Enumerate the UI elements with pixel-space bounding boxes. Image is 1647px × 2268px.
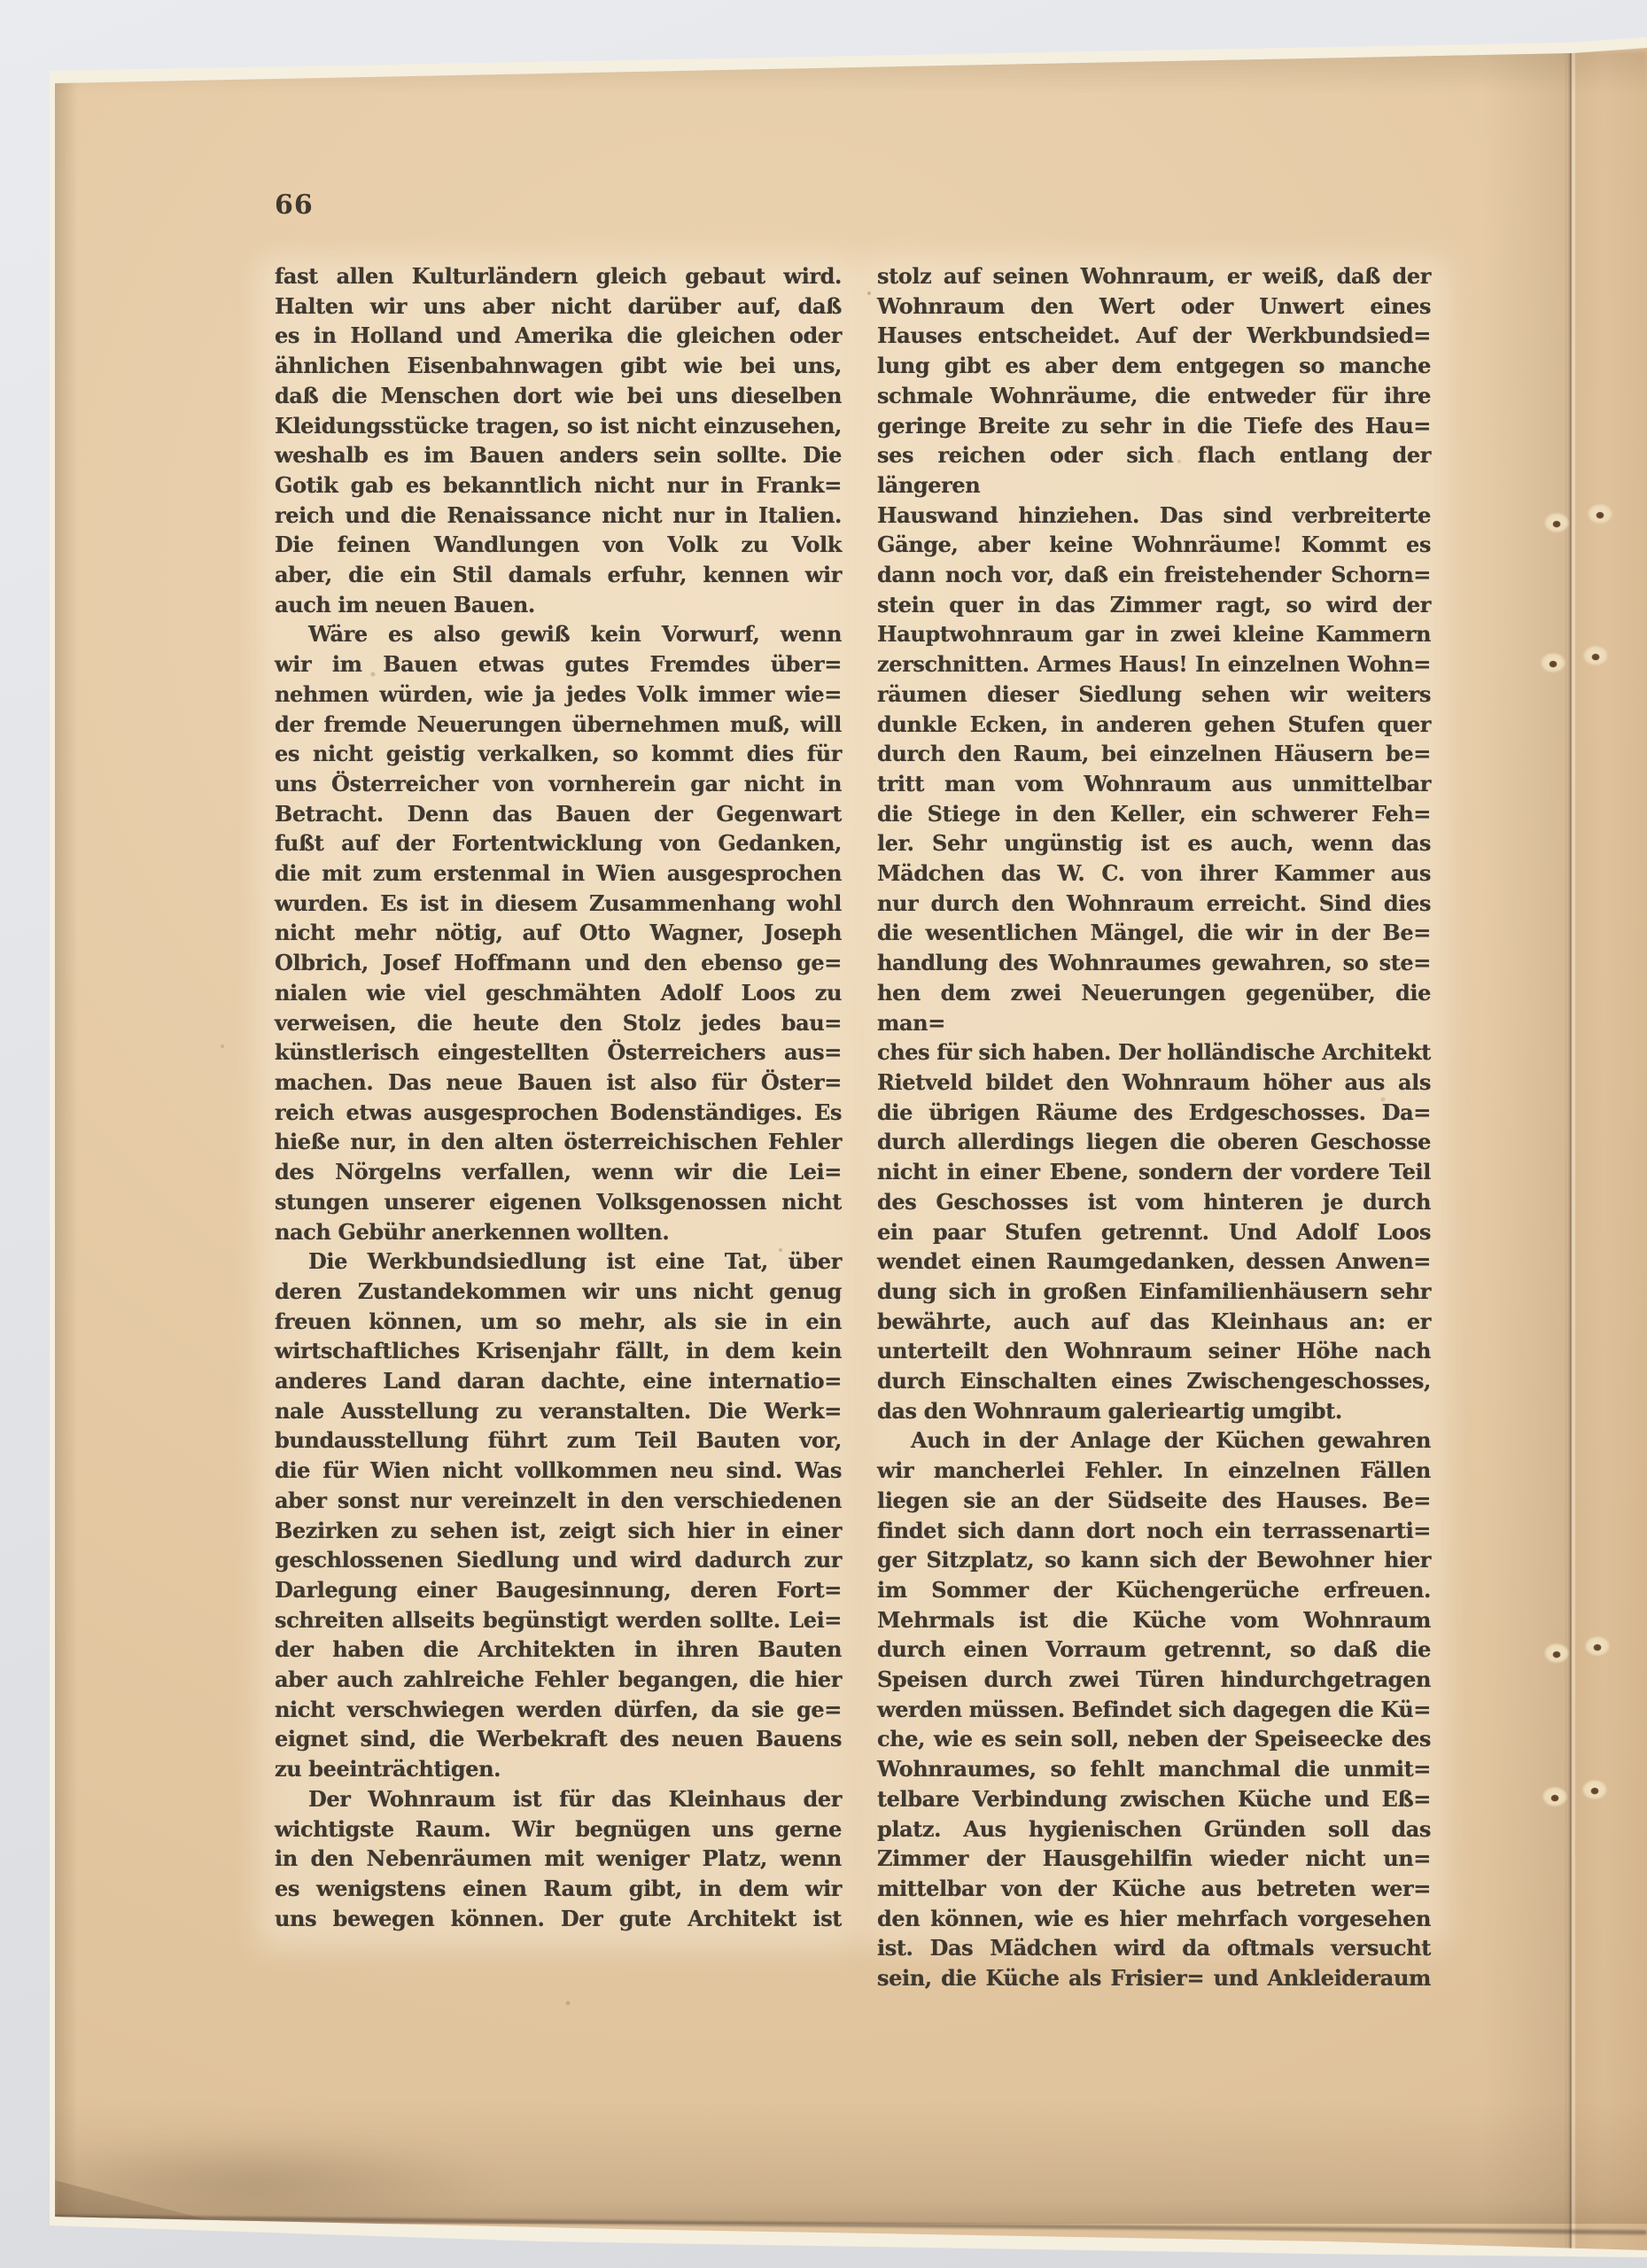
text-line: schmale Wohnräume, die entweder für ihre — [877, 381, 1431, 411]
text-line: Wäre es also gewiß kein Vorwurf, wenn — [275, 619, 842, 649]
text-line: Olbrich, Josef Hoffmann und den ebenso g… — [275, 948, 842, 978]
paragraph: Der Wohnraum ist für das Kleinhaus derwi… — [275, 1784, 842, 1934]
text-line: Mädchen das W. C. von ihrer Kammer aus — [877, 858, 1431, 889]
text-line: bewährte, auch auf das Kleinhaus an: er — [877, 1307, 1431, 1337]
adjacent-leaf-strip — [1575, 35, 1647, 2268]
text-line: che, wie es sein soll, neben der Speisee… — [877, 1724, 1431, 1754]
text-line: verweisen, die heute den Stolz jedes bau… — [275, 1008, 842, 1038]
text-line: es in Holland und Amerika die gleichen o… — [275, 321, 842, 351]
staple-hole — [1539, 1639, 1574, 1667]
text-line: dunkle Ecken, in anderen gehen Stufen qu… — [877, 710, 1431, 740]
staple-hole — [1539, 509, 1574, 537]
text-line: die Stiege in den Keller, ein schwerer F… — [877, 799, 1431, 829]
text-line: der haben die Architekten in ihren Baute… — [275, 1635, 842, 1665]
text-line: künstlerisch eingestellten Österreichers… — [275, 1037, 842, 1068]
paragraph: fast allen Kulturländern gleich gebaut w… — [275, 261, 842, 619]
text-line: nale Ausstellung zu veranstalten. Die We… — [275, 1396, 842, 1426]
page-number: 66 — [275, 190, 314, 221]
text-line: nur durch den Wohnraum erreicht. Sind di… — [877, 889, 1431, 919]
text-line: fast allen Kulturländern gleich gebaut w… — [275, 261, 842, 291]
text-line: aber auch zahlreiche Fehler begangen, di… — [275, 1665, 842, 1695]
text-line: findet sich dann dort noch ein terrassen… — [877, 1516, 1431, 1546]
staple-hole — [1535, 649, 1571, 677]
text-line: nehmen würden, wie ja jedes Volk immer w… — [275, 680, 842, 710]
text-line: hen dem zwei Neuerungen gegenüber, die m… — [877, 978, 1431, 1037]
text-line: reich etwas ausgesprochen Bodenständiges… — [275, 1098, 842, 1128]
text-line: weshalb es im Bauen anders sein sollte. … — [275, 440, 842, 470]
text-line: Hauses entscheidet. Auf der Werkbundsied… — [877, 321, 1431, 351]
text-line: sein, die Küche als Frisier= und Ankleid… — [877, 1963, 1431, 1993]
text-line: dann noch vor, daß ein freistehender Sch… — [877, 560, 1431, 590]
text-line: Rietveld bildet den Wohnraum höher aus a… — [877, 1068, 1431, 1098]
text-line: es nicht geistig verkalken, so kommt die… — [275, 739, 842, 769]
text-line: räumen dieser Siedlung sehen wir weiters — [877, 680, 1431, 710]
text-line: Die feinen Wandlungen von Volk zu Volk — [275, 530, 842, 560]
text-line: ist. Das Mädchen wird da oftmals versuch… — [877, 1933, 1431, 1963]
paragraph: stolz auf seinen Wohnraum, er weiß, daß … — [877, 261, 1431, 1425]
text-line: Kleidungsstücke tragen, so ist nicht ein… — [275, 411, 842, 441]
text-line: Zimmer der Hausgehilfin wieder nicht un= — [877, 1844, 1431, 1874]
text-line: ein paar Stufen getrennt. Und Adolf Loos — [877, 1217, 1431, 1247]
text-line: zerschnitten. Armes Haus! In einzelnen W… — [877, 649, 1431, 680]
text-line: durch einen Vorraum getrennt, so daß die — [877, 1635, 1431, 1665]
text-line: stein quer in das Zimmer ragt, so wird d… — [877, 590, 1431, 620]
text-line: eignet sind, die Werbekraft des neuen Ba… — [275, 1724, 842, 1754]
paragraph: Auch in der Anlage der Küchen gewahrenwi… — [877, 1425, 1431, 1992]
text-line: wir im Bauen etwas gutes Fremdes über= — [275, 649, 842, 680]
text-line: deren Zustandekommen wir uns nicht genug — [275, 1277, 842, 1307]
left-edge-shading — [55, 80, 78, 2224]
text-line: ches für sich haben. Der holländische Ar… — [877, 1037, 1431, 1068]
text-line: den können, wie es hier mehrfach vorgese… — [877, 1904, 1431, 1934]
paper-specks — [0, 0, 2, 2]
text-line: liegen sie an der Südseite des Hauses. B… — [877, 1486, 1431, 1516]
text-line: durch allerdings liegen die oberen Gesch… — [877, 1127, 1431, 1157]
text-line: unterteilt den Wohnraum seiner Höhe nach — [877, 1336, 1431, 1366]
staple-hole — [1578, 641, 1613, 670]
text-line: reich und die Renaissance nicht nur in I… — [275, 501, 842, 531]
text-line: ler. Sehr ungünstig ist es auch, wenn da… — [877, 828, 1431, 858]
text-line: hieße nur, in den alten österreichischen… — [275, 1127, 842, 1157]
text-line: Wohnraum den Wert oder Unwert eines — [877, 291, 1431, 322]
text-line: Darlegung einer Baugesinnung, deren Fort… — [275, 1575, 842, 1605]
text-line: platz. Aus hygienischen Gründen soll das — [877, 1814, 1431, 1845]
text-line: durch Einschalten eines Zwischengeschoss… — [877, 1366, 1431, 1396]
text-line: Speisen durch zwei Türen hindurchgetrage… — [877, 1665, 1431, 1695]
text-line: des Geschosses ist vom hinteren je durch — [877, 1187, 1431, 1217]
text-line: Der Wohnraum ist für das Kleinhaus der — [275, 1784, 842, 1814]
staple-hole — [1582, 500, 1618, 528]
text-line: ses reichen oder sich flach entlang der … — [877, 440, 1431, 500]
text-line: Halten wir uns aber nicht darüber auf, d… — [275, 291, 842, 322]
text-line: geringe Breite zu sehr in die Tiefe des … — [877, 411, 1431, 441]
text-line: fußt auf der Fortentwicklung von Gedanke… — [275, 828, 842, 858]
text-line: wichtigste Raum. Wir begnügen uns gerne — [275, 1814, 842, 1845]
text-line: bundausstellung führt zum Teil Bauten vo… — [275, 1425, 842, 1456]
text-line: wirtschaftliches Krisenjahr fällt, in de… — [275, 1336, 842, 1366]
text-line: Die Werkbundsiedlung ist eine Tat, über — [275, 1247, 842, 1277]
text-line: Betracht. Denn das Bauen der Gegenwart — [275, 799, 842, 829]
text-line: im Sommer der Küchengerüche erfreuen. — [877, 1575, 1431, 1605]
paragraph: Wäre es also gewiß kein Vorwurf, wennwir… — [275, 619, 842, 1247]
text-line: anderes Land daran dachte, eine internat… — [275, 1366, 842, 1396]
fold-shading — [1481, 44, 1566, 2250]
text-line: stolz auf seinen Wohnraum, er weiß, daß … — [877, 261, 1431, 291]
text-line: des Nörgelns verfallen, wenn wir die Lei… — [275, 1157, 842, 1187]
staple-hole — [1580, 1632, 1615, 1660]
text-line: Mehrmals ist die Küche vom Wohnraum — [877, 1605, 1431, 1635]
text-line: der fremde Neuerungen übernehmen muß, wi… — [275, 710, 842, 740]
staple-hole — [1537, 1783, 1573, 1811]
text-line: mittelbar von der Küche aus betreten wer… — [877, 1874, 1431, 1904]
text-line: daß die Menschen dort wie bei uns diesel… — [275, 381, 842, 411]
column-right: stolz auf seinen Wohnraum, er weiß, daß … — [877, 261, 1431, 1993]
text-line: tritt man vom Wohnraum aus unmittelbar — [877, 769, 1431, 799]
text-line: das den Wohnraum galerieartig umgibt. — [877, 1396, 1431, 1426]
text-line: freuen können, um so mehr, als sie in ei… — [275, 1307, 842, 1337]
text-line: schreiten allseits begünstigt werden sol… — [275, 1605, 842, 1635]
text-line: in den Nebenräumen mit weniger Platz, we… — [275, 1844, 842, 1874]
text-line: telbare Verbindung zwischen Küche und Eß… — [877, 1784, 1431, 1814]
text-line: auch im neuen Bauen. — [275, 590, 842, 620]
paper-sheet: 66 fast allen Kulturländern gleich gebau… — [0, 0, 1647, 2268]
text-line: die wesentlichen Mängel, die wir in der … — [877, 918, 1431, 948]
text-line: Wohnraumes, so fehlt manchmal die unmit= — [877, 1754, 1431, 1784]
text-line: Gotik gab es bekanntlich nicht nur in Fr… — [275, 470, 842, 501]
text-line: ger Sitzplatz, so kann sich der Bewohner… — [877, 1545, 1431, 1575]
text-line: die mit zum erstenmal in Wien ausgesproc… — [275, 858, 842, 889]
text-line: Hauswand hinziehen. Das sind verbreitert… — [877, 501, 1431, 531]
text-line: zu beeinträchtigen. — [275, 1754, 842, 1784]
text-line: geschlossenen Siedlung und wird dadurch … — [275, 1545, 842, 1575]
text-line: wendet einen Raumgedanken, dessen Anwen= — [877, 1247, 1431, 1277]
text-line: die übrigen Räume des Erdgeschosses. Da= — [877, 1098, 1431, 1128]
text-line: wir mancherlei Fehler. In einzelnen Fäll… — [877, 1456, 1431, 1486]
text-line: handlung des Wohnraumes gewahren, so ste… — [877, 948, 1431, 978]
paragraph: Die Werkbundsiedlung ist eine Tat, überd… — [275, 1247, 842, 1784]
text-line: wurden. Es ist in diesem Zusammenhang wo… — [275, 889, 842, 919]
text-line: es wenigstens einen Raum gibt, in dem wi… — [275, 1874, 842, 1904]
text-line: aber, die ein Stil damals erfuhr, kennen… — [275, 560, 842, 590]
staple-hole — [1577, 1775, 1612, 1804]
text-line: werden müssen. Befindet sich dagegen die… — [877, 1695, 1431, 1725]
text-line: lung gibt es aber dem entgegen so manche — [877, 351, 1431, 381]
text-line: stungen unserer eigenen Volksgenossen ni… — [275, 1187, 842, 1217]
text-line: uns Österreicher von vornherein gar nich… — [275, 769, 842, 799]
text-line: durch den Raum, bei einzelnen Häusern be… — [877, 739, 1431, 769]
text-line: aber sonst nur vereinzelt in den verschi… — [275, 1486, 842, 1516]
column-left: fast allen Kulturländern gleich gebaut w… — [275, 261, 842, 1933]
text-line: Gänge, aber keine Wohnräume! Kommt es — [877, 530, 1431, 560]
scanned-page: 66 fast allen Kulturländern gleich gebau… — [0, 0, 1647, 2268]
text-line: machen. Das neue Bauen ist also für Öste… — [275, 1068, 842, 1098]
text-line: nicht in einer Ebene, sondern der vorder… — [877, 1157, 1431, 1187]
text-line: uns bewegen können. Der gute Architekt i… — [275, 1904, 842, 1934]
text-line: Auch in der Anlage der Küchen gewahren — [877, 1425, 1431, 1456]
text-line: nialen wie viel geschmähten Adolf Loos z… — [275, 978, 842, 1008]
text-line: dung sich in großen Einfamilienhäusern s… — [877, 1277, 1431, 1307]
text-line: die für Wien nicht vollkommen neu sind. … — [275, 1456, 842, 1486]
text-line: ähnlichen Eisenbahnwagen gibt wie bei un… — [275, 351, 842, 381]
text-line: Hauptwohnraum gar in zwei kleine Kammern — [877, 619, 1431, 649]
text-line: Bezirken zu sehen ist, zeigt sich hier i… — [275, 1516, 842, 1546]
text-line: nach Gebühr anerkennen wollten. — [275, 1217, 842, 1247]
text-line: nicht mehr nötig, auf Otto Wagner, Josep… — [275, 918, 842, 948]
text-line: nicht verschwiegen werden dürfen, da sie… — [275, 1695, 842, 1725]
